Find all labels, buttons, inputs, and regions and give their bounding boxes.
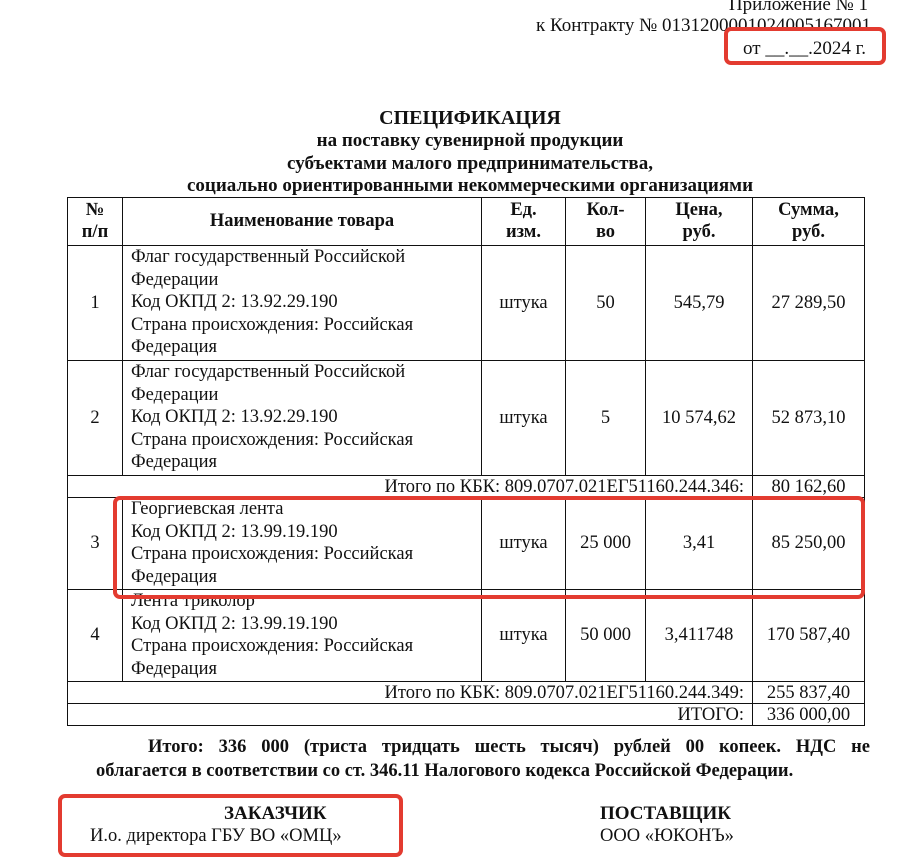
- specification-table: №п/п Наименование товара Ед.изм. Кол-во …: [67, 197, 865, 726]
- row-name: Флаг государственный РоссийскойФедерации…: [123, 361, 482, 476]
- customer-highlight: [58, 794, 403, 857]
- row-price: 3,411748: [646, 590, 753, 682]
- summary-line-2: облагается в соответствии со ст. 346.11 …: [96, 759, 870, 783]
- table-row: 1 Флаг государственный РоссийскойФедерац…: [68, 246, 865, 361]
- row-unit: штука: [482, 590, 566, 682]
- row-price: 545,79: [646, 246, 753, 361]
- subtotal-label: Итого по КБК: 809.0707.021ЕГ51160.244.34…: [68, 476, 753, 498]
- subtotal-value: 255 837,40: [753, 682, 865, 704]
- subtotal-label: Итого по КБК: 809.0707.021ЕГ51160.244.34…: [68, 682, 753, 704]
- date-highlight: [724, 27, 886, 65]
- row-qty: 5: [566, 361, 646, 476]
- row-num: 2: [68, 361, 123, 476]
- row-sum: 170 587,40: [753, 590, 865, 682]
- title-main: СПЕЦИФИКАЦИЯ: [0, 106, 918, 130]
- subtotal-row: Итого по КБК: 809.0707.021ЕГ51160.244.34…: [68, 682, 865, 704]
- row-sum: 27 289,50: [753, 246, 865, 361]
- table-row: 2 Флаг государственный РоссийскойФедерац…: [68, 361, 865, 476]
- row-num: 1: [68, 246, 123, 361]
- row-unit: штука: [482, 361, 566, 476]
- table-row: 4 Лента триколорКод ОКПД 2: 13.99.19.190…: [68, 590, 865, 682]
- document-title: СПЕЦИФИКАЦИЯ на поставку сувенирной прод…: [0, 106, 918, 198]
- summary-text: Итого: 336 000 (триста тридцать шесть ты…: [96, 735, 870, 783]
- col-sum: Сумма,руб.: [753, 198, 865, 246]
- supplier-name: ООО «ЮКОНЪ»: [600, 826, 734, 847]
- table-header: №п/п Наименование товара Ед.изм. Кол-во …: [68, 198, 865, 246]
- col-qty: Кол-во: [566, 198, 646, 246]
- subtotal-row: Итого по КБК: 809.0707.021ЕГ51160.244.34…: [68, 476, 865, 498]
- total-value: 336 000,00: [753, 704, 865, 726]
- col-price: Цена,руб.: [646, 198, 753, 246]
- title-line-1: на поставку сувенирной продукции: [0, 130, 918, 153]
- col-unit: Ед.изм.: [482, 198, 566, 246]
- row-unit: штука: [482, 246, 566, 361]
- title-line-3: социально ориентированными некоммерчески…: [0, 175, 918, 198]
- row-price: 10 574,62: [646, 361, 753, 476]
- col-num: №п/п: [68, 198, 123, 246]
- summary-line-1: Итого: 336 000 (триста тридцать шесть ты…: [96, 735, 870, 759]
- row-3-highlight: [113, 496, 865, 599]
- col-name: Наименование товара: [123, 198, 482, 246]
- subtotal-value: 80 162,60: [753, 476, 865, 498]
- total-label: ИТОГО:: [68, 704, 753, 726]
- row-num: 4: [68, 590, 123, 682]
- title-line-2: субъектами малого предпринимательства,: [0, 153, 918, 176]
- row-sum: 52 873,10: [753, 361, 865, 476]
- row-name: Лента триколорКод ОКПД 2: 13.99.19.190Ст…: [123, 590, 482, 682]
- row-qty: 50: [566, 246, 646, 361]
- row-qty: 50 000: [566, 590, 646, 682]
- row-name: Флаг государственный РоссийскойФедерации…: [123, 246, 482, 361]
- total-row: ИТОГО: 336 000,00: [68, 704, 865, 726]
- supplier-title: ПОСТАВЩИК: [600, 803, 731, 825]
